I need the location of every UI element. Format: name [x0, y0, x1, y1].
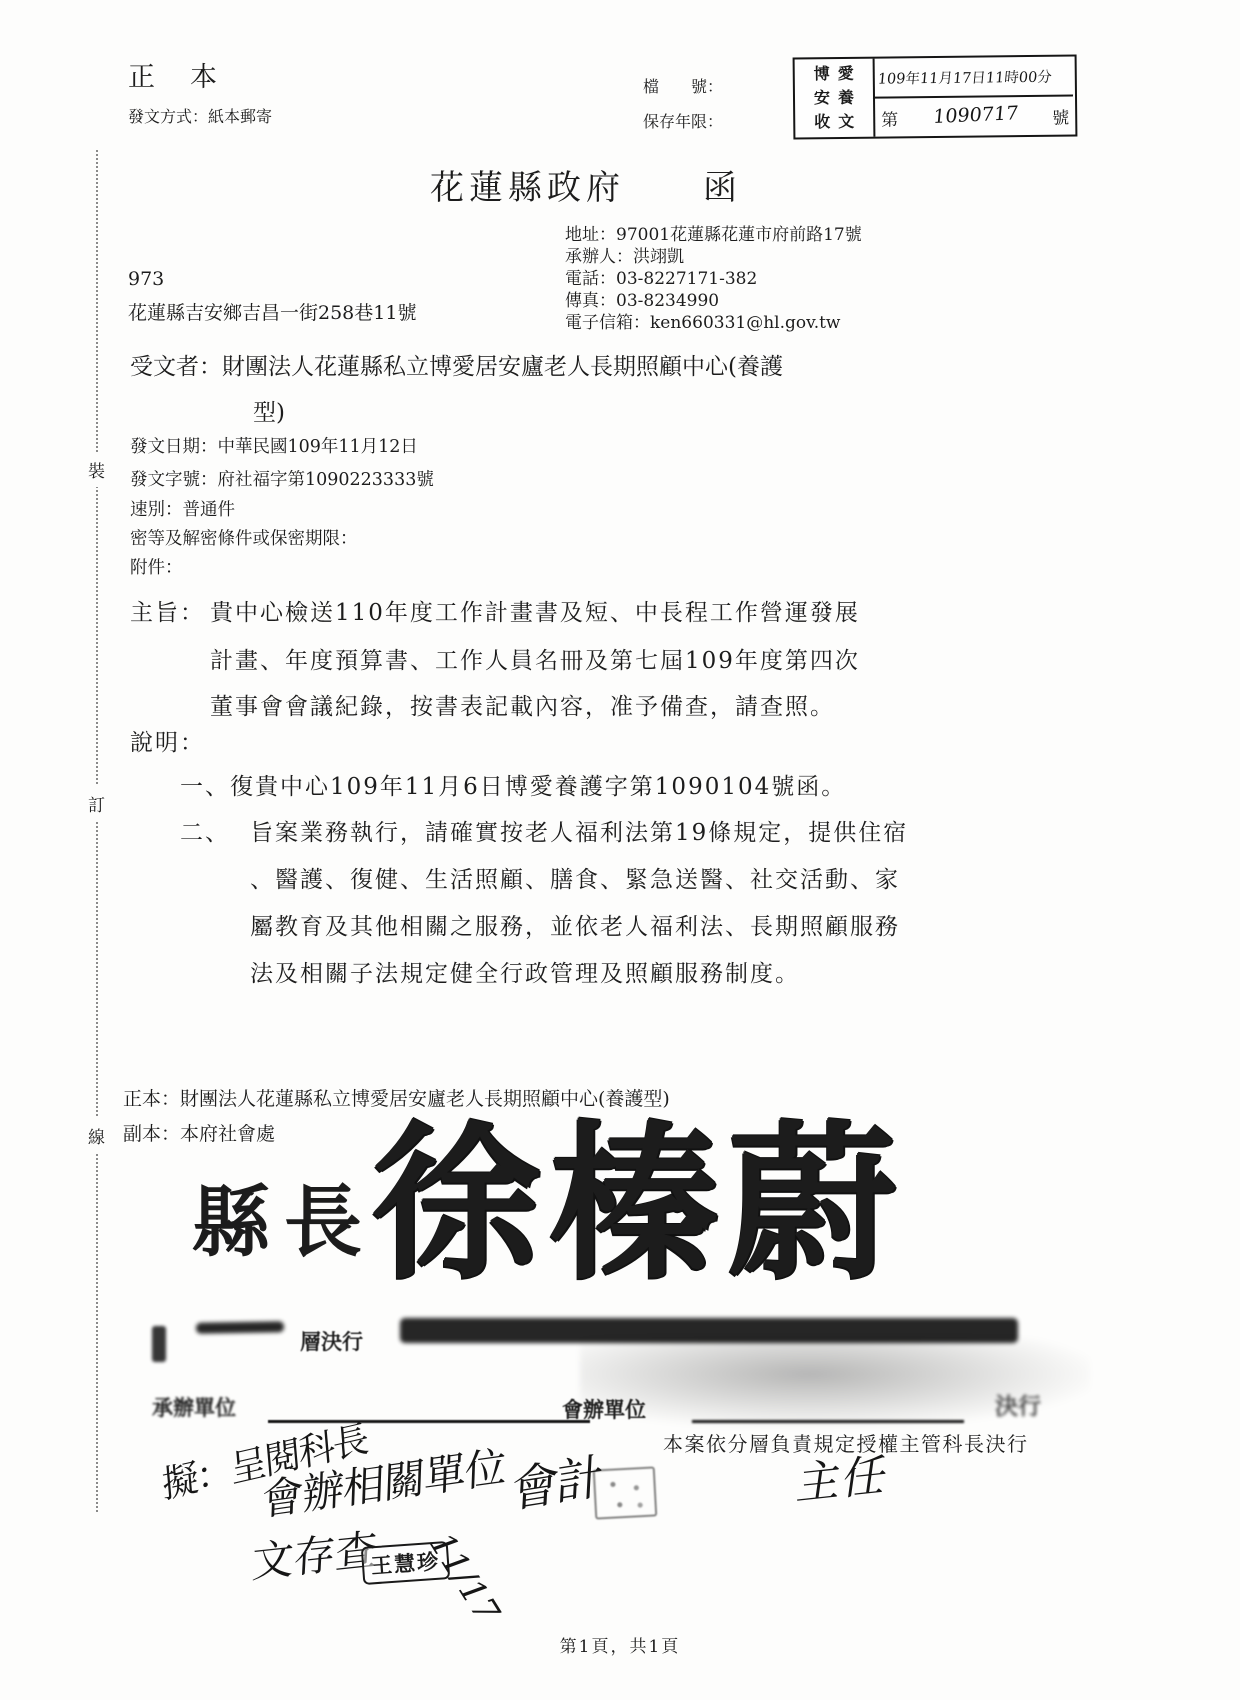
description-item2-line: 法及相關子法規定健全行政管理及照顧服務制度。: [250, 955, 800, 988]
magistrate-name-calligraphy: 徐榛蔚: [372, 1070, 906, 1311]
binding-mark-zhuang: 裝: [87, 452, 106, 487]
recipient-postal-code: 973: [128, 268, 164, 290]
delivery-method: 發文方式：紙本郵寄: [128, 104, 272, 127]
receipt-no-prefix: 第: [881, 105, 898, 130]
file-number-label: 檔 號：: [643, 74, 723, 97]
receipt-stamp-org: 博愛 安養 收文: [795, 59, 876, 138]
binding-dotted-line: [96, 150, 98, 1512]
receipt-stamp: 博愛 安養 收文 109年11月17日11時00分 第 1090717 號: [793, 55, 1078, 140]
recipient-street: 花蓮縣吉安鄉吉昌一街258巷11號: [128, 298, 416, 325]
binding-mark-ding: 訂: [87, 786, 106, 821]
receipt-no-handwriting: 1090717: [932, 102, 1019, 128]
stamp-ink-bar-short: [196, 1321, 284, 1334]
description-item1: 一、復貴中心109年11月6日博愛養護字第1090104號函。: [180, 768, 846, 801]
unit-left-label: 承辦單位: [152, 1392, 236, 1422]
description-label: 說明：: [130, 724, 205, 757]
subject-label: 主旨：: [130, 594, 205, 627]
subject-line: 計畫、年度預算書、工作人員名冊及第七屆109年度第四次: [210, 642, 860, 675]
description-item2-line: 屬教育及其他相關之服務，並依老人福利法、長期照顧服務: [250, 908, 900, 941]
speed-class: 速別：普通件: [130, 496, 235, 521]
handwriting-accounting: 會計: [510, 1437, 603, 1522]
stamp-ink-fragment: [152, 1326, 166, 1362]
contact-block: 地址：97001花蓮縣花蓮市府前路17號 承辦人：洪翊凱 電話：03-82271…: [565, 224, 862, 334]
recipient-line2: 型): [253, 394, 285, 427]
cc-copy: 副本：本府社會處: [123, 1119, 275, 1146]
receipt-stamp-fields: 109年11月17日11時00分 第 1090717 號: [875, 57, 1076, 137]
contact-phone: 電話：03-8227171-382: [565, 268, 862, 290]
document-title: 花蓮縣政府 函: [430, 160, 742, 209]
scanned-letter-page: 正 本 發文方式：紙本郵寄 檔 號： 保存年限： 博愛 安養 收文 109年11…: [0, 0, 1240, 1700]
unit-middle-label: 會辦單位: [562, 1394, 646, 1424]
stamp-row1-label: 層決行: [300, 1326, 363, 1356]
retention-label: 保存年限：: [643, 109, 723, 132]
attachment-label: 附件：: [130, 554, 183, 579]
unit-right-label: 決行: [995, 1388, 1041, 1421]
copy-type-label: 正 本: [128, 55, 221, 94]
contact-fax: 傳真：03-8234990: [565, 290, 862, 312]
receipt-date-handwriting: 109年11月17日11時00分: [873, 57, 1077, 99]
receipt-stamp-org-line: 安養: [814, 86, 862, 111]
illegible-mini-stamp: [593, 1466, 658, 1519]
handwriting-director: 主任: [793, 1438, 894, 1513]
unit-middle-underline: [692, 1398, 964, 1423]
description-item2-label: 二、: [180, 814, 230, 847]
recipient-line1: 受文者：財團法人花蓮縣私立博愛居安廬老人長期照顧中心(養護: [130, 348, 783, 381]
subject-line: 貴中心檢送110年度工作計畫書及短、中長程工作營運發展: [210, 594, 860, 627]
handwriting-line3: 文存查: [250, 1516, 379, 1590]
page-number-footer: 第1頁，共1頁: [0, 1632, 1240, 1657]
contact-email: 電子信箱：ken660331@hl.gov.tw: [565, 312, 862, 334]
doc-number: 發文字號：府社福字第1090223333號: [130, 466, 434, 491]
subject-line: 董事會會議紀錄，按書表記載內容，准予備查，請查照。: [210, 688, 835, 721]
receipt-no-suffix: 號: [1052, 103, 1069, 128]
receipt-stamp-org-line: 博愛: [814, 62, 862, 87]
contact-person: 承辦人：洪翊凱: [565, 246, 862, 268]
security-class: 密等及解密條件或保密期限：: [130, 525, 358, 550]
description-item2-line: 、醫護、復健、生活照顧、膳食、緊急送醫、社交活動、家: [250, 861, 900, 894]
binding-mark-xian: 線: [87, 1118, 106, 1153]
agency-address: 地址：97001花蓮縣花蓮市府前路17號: [565, 224, 862, 246]
magistrate-title-calligraphy: 縣長: [192, 1160, 376, 1272]
description-item2-line: 旨案業務執行，請確實按老人福利法第19條規定，提供住宿: [250, 814, 908, 847]
receipt-stamp-org-line: 收文: [814, 110, 862, 135]
receipt-number-row: 第 1090717 號: [875, 97, 1075, 137]
issue-date: 發文日期：中華民國109年11月12日: [130, 433, 418, 458]
